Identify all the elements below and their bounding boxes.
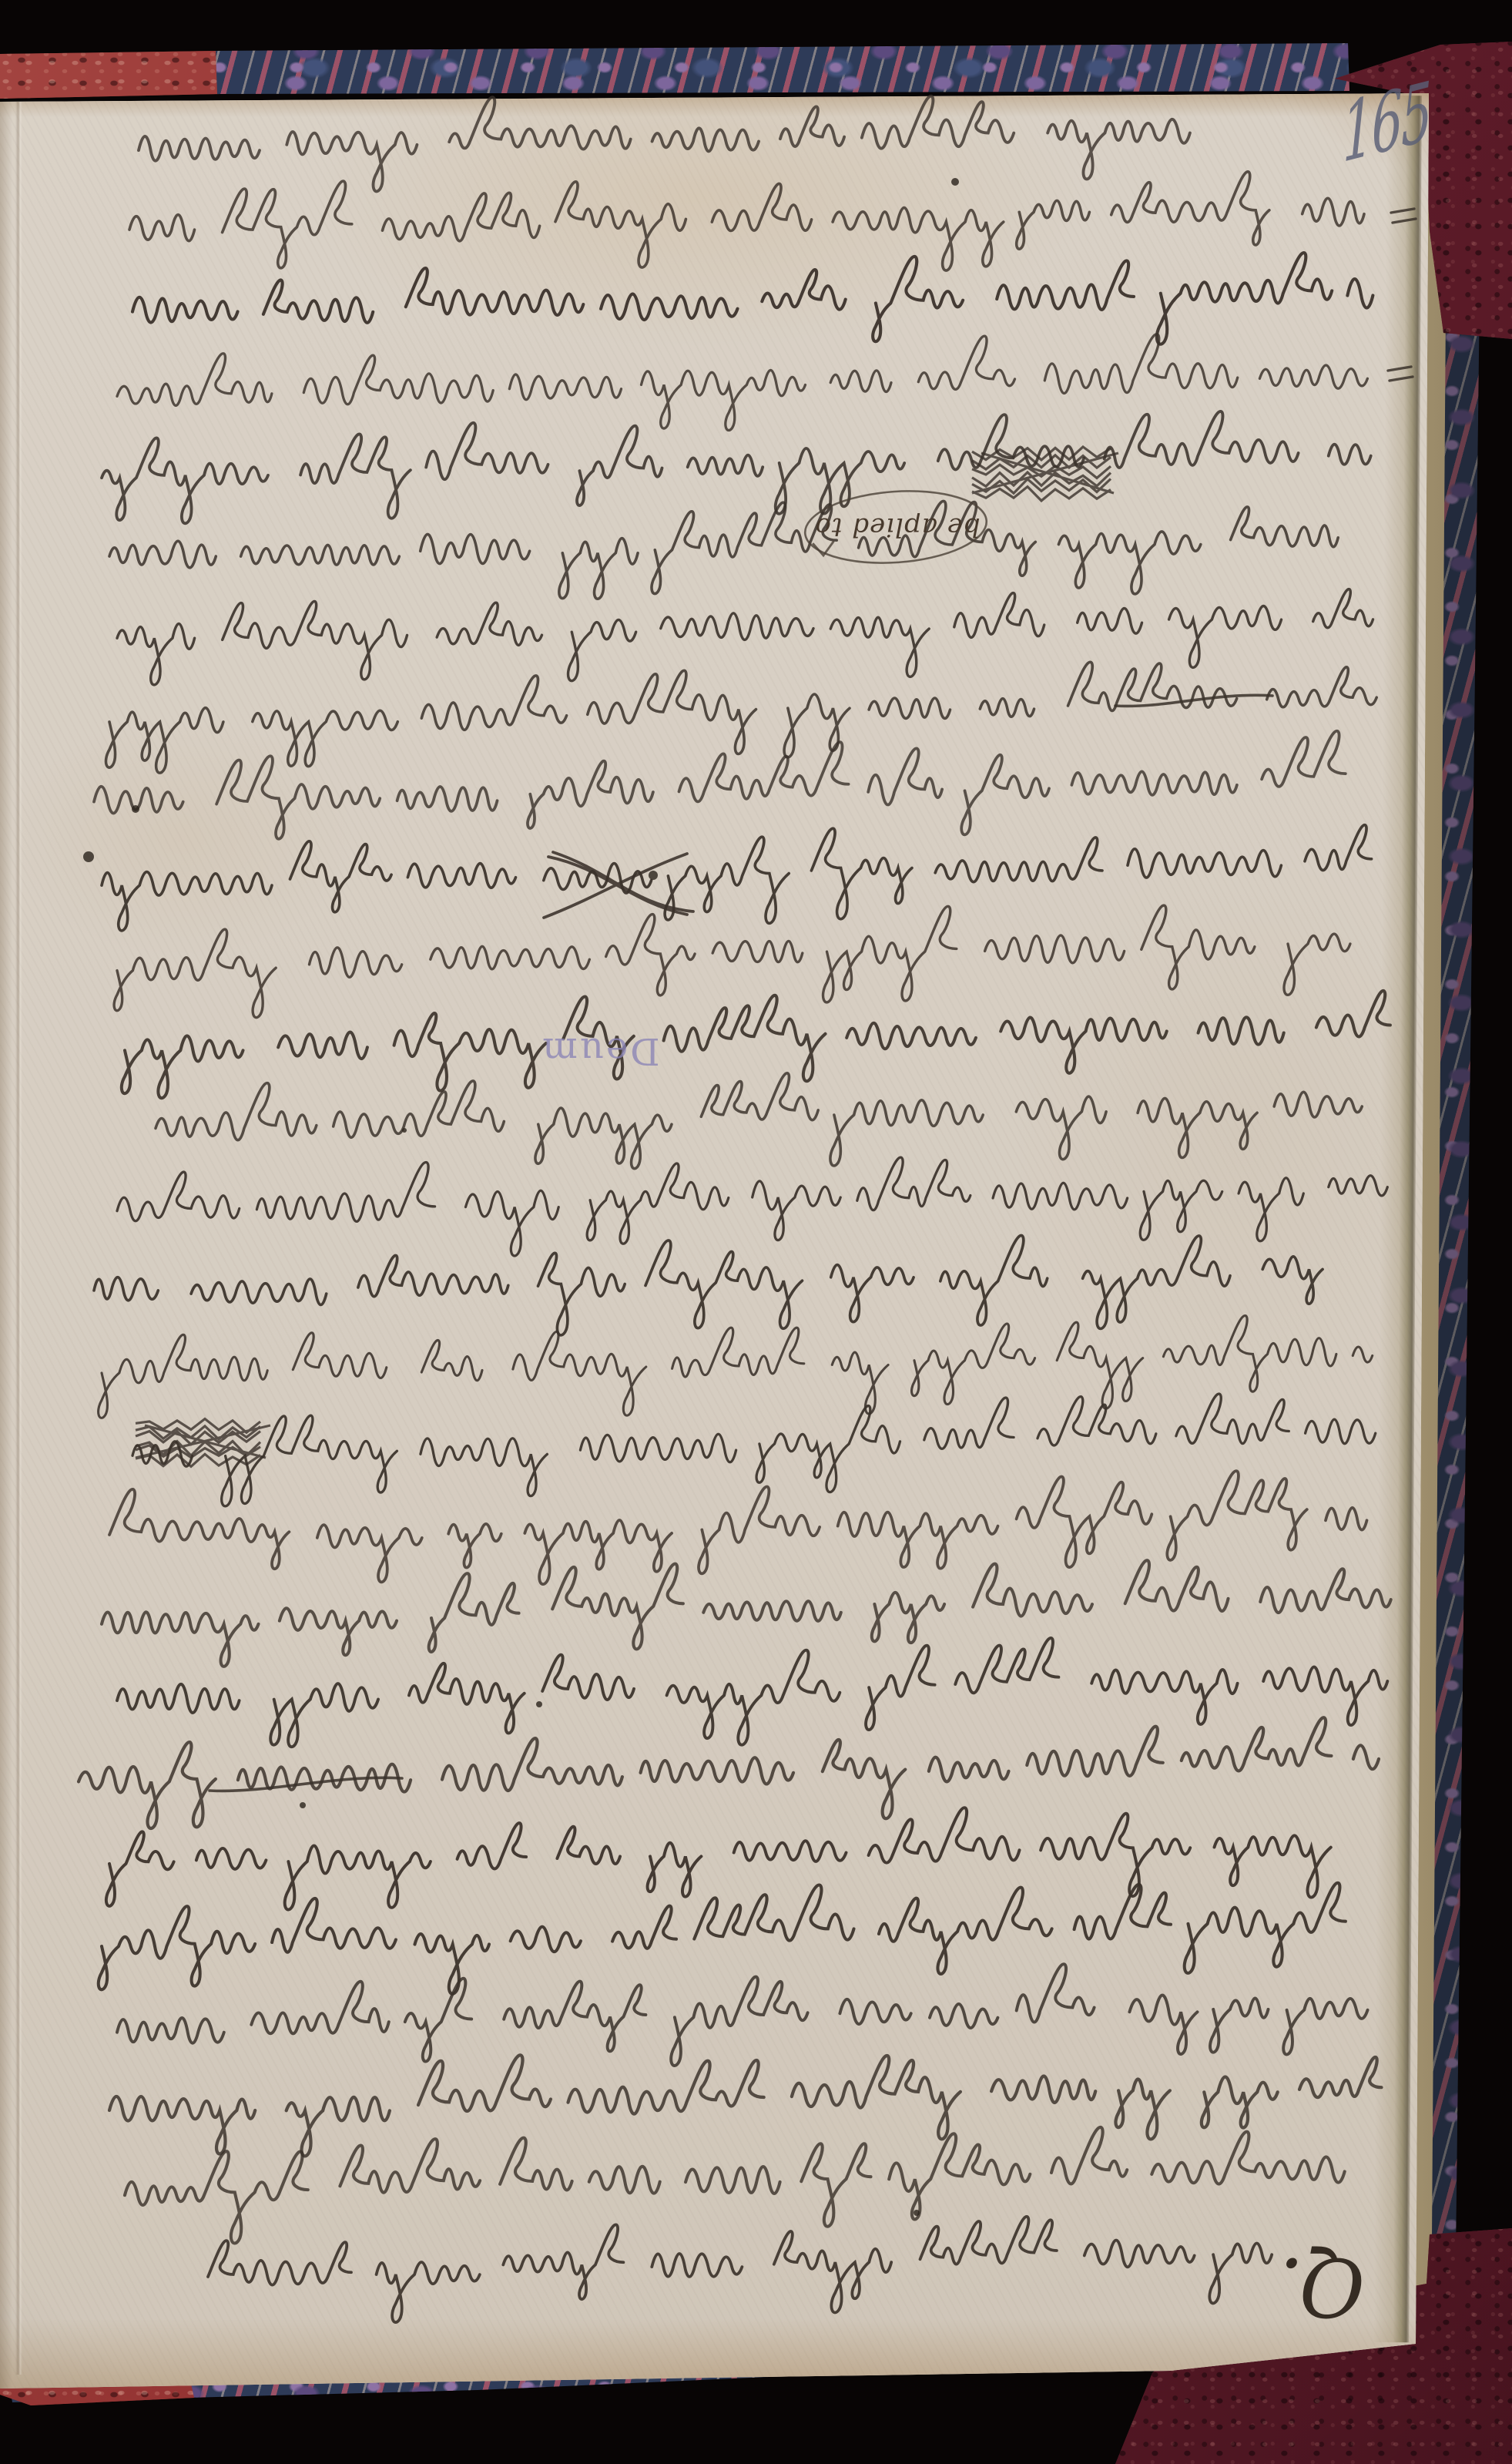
paper-toasted-left-edge — [0, 92, 12, 2396]
manuscript-photo: 165 be aplied to Deum Q. — [0, 0, 1512, 2464]
page-crease — [15, 102, 22, 2375]
gutter-shading — [1373, 96, 1422, 2342]
initial-letter-q: Q. — [1272, 2233, 1373, 2341]
manuscript-page — [0, 0, 1512, 2464]
pencil-annotation: Deum — [511, 1020, 689, 1082]
interlinear-insertion: be aplied to — [801, 502, 994, 552]
folio-number: 165 — [1342, 65, 1423, 187]
paper-toasted-top-edge — [0, 91, 1512, 117]
